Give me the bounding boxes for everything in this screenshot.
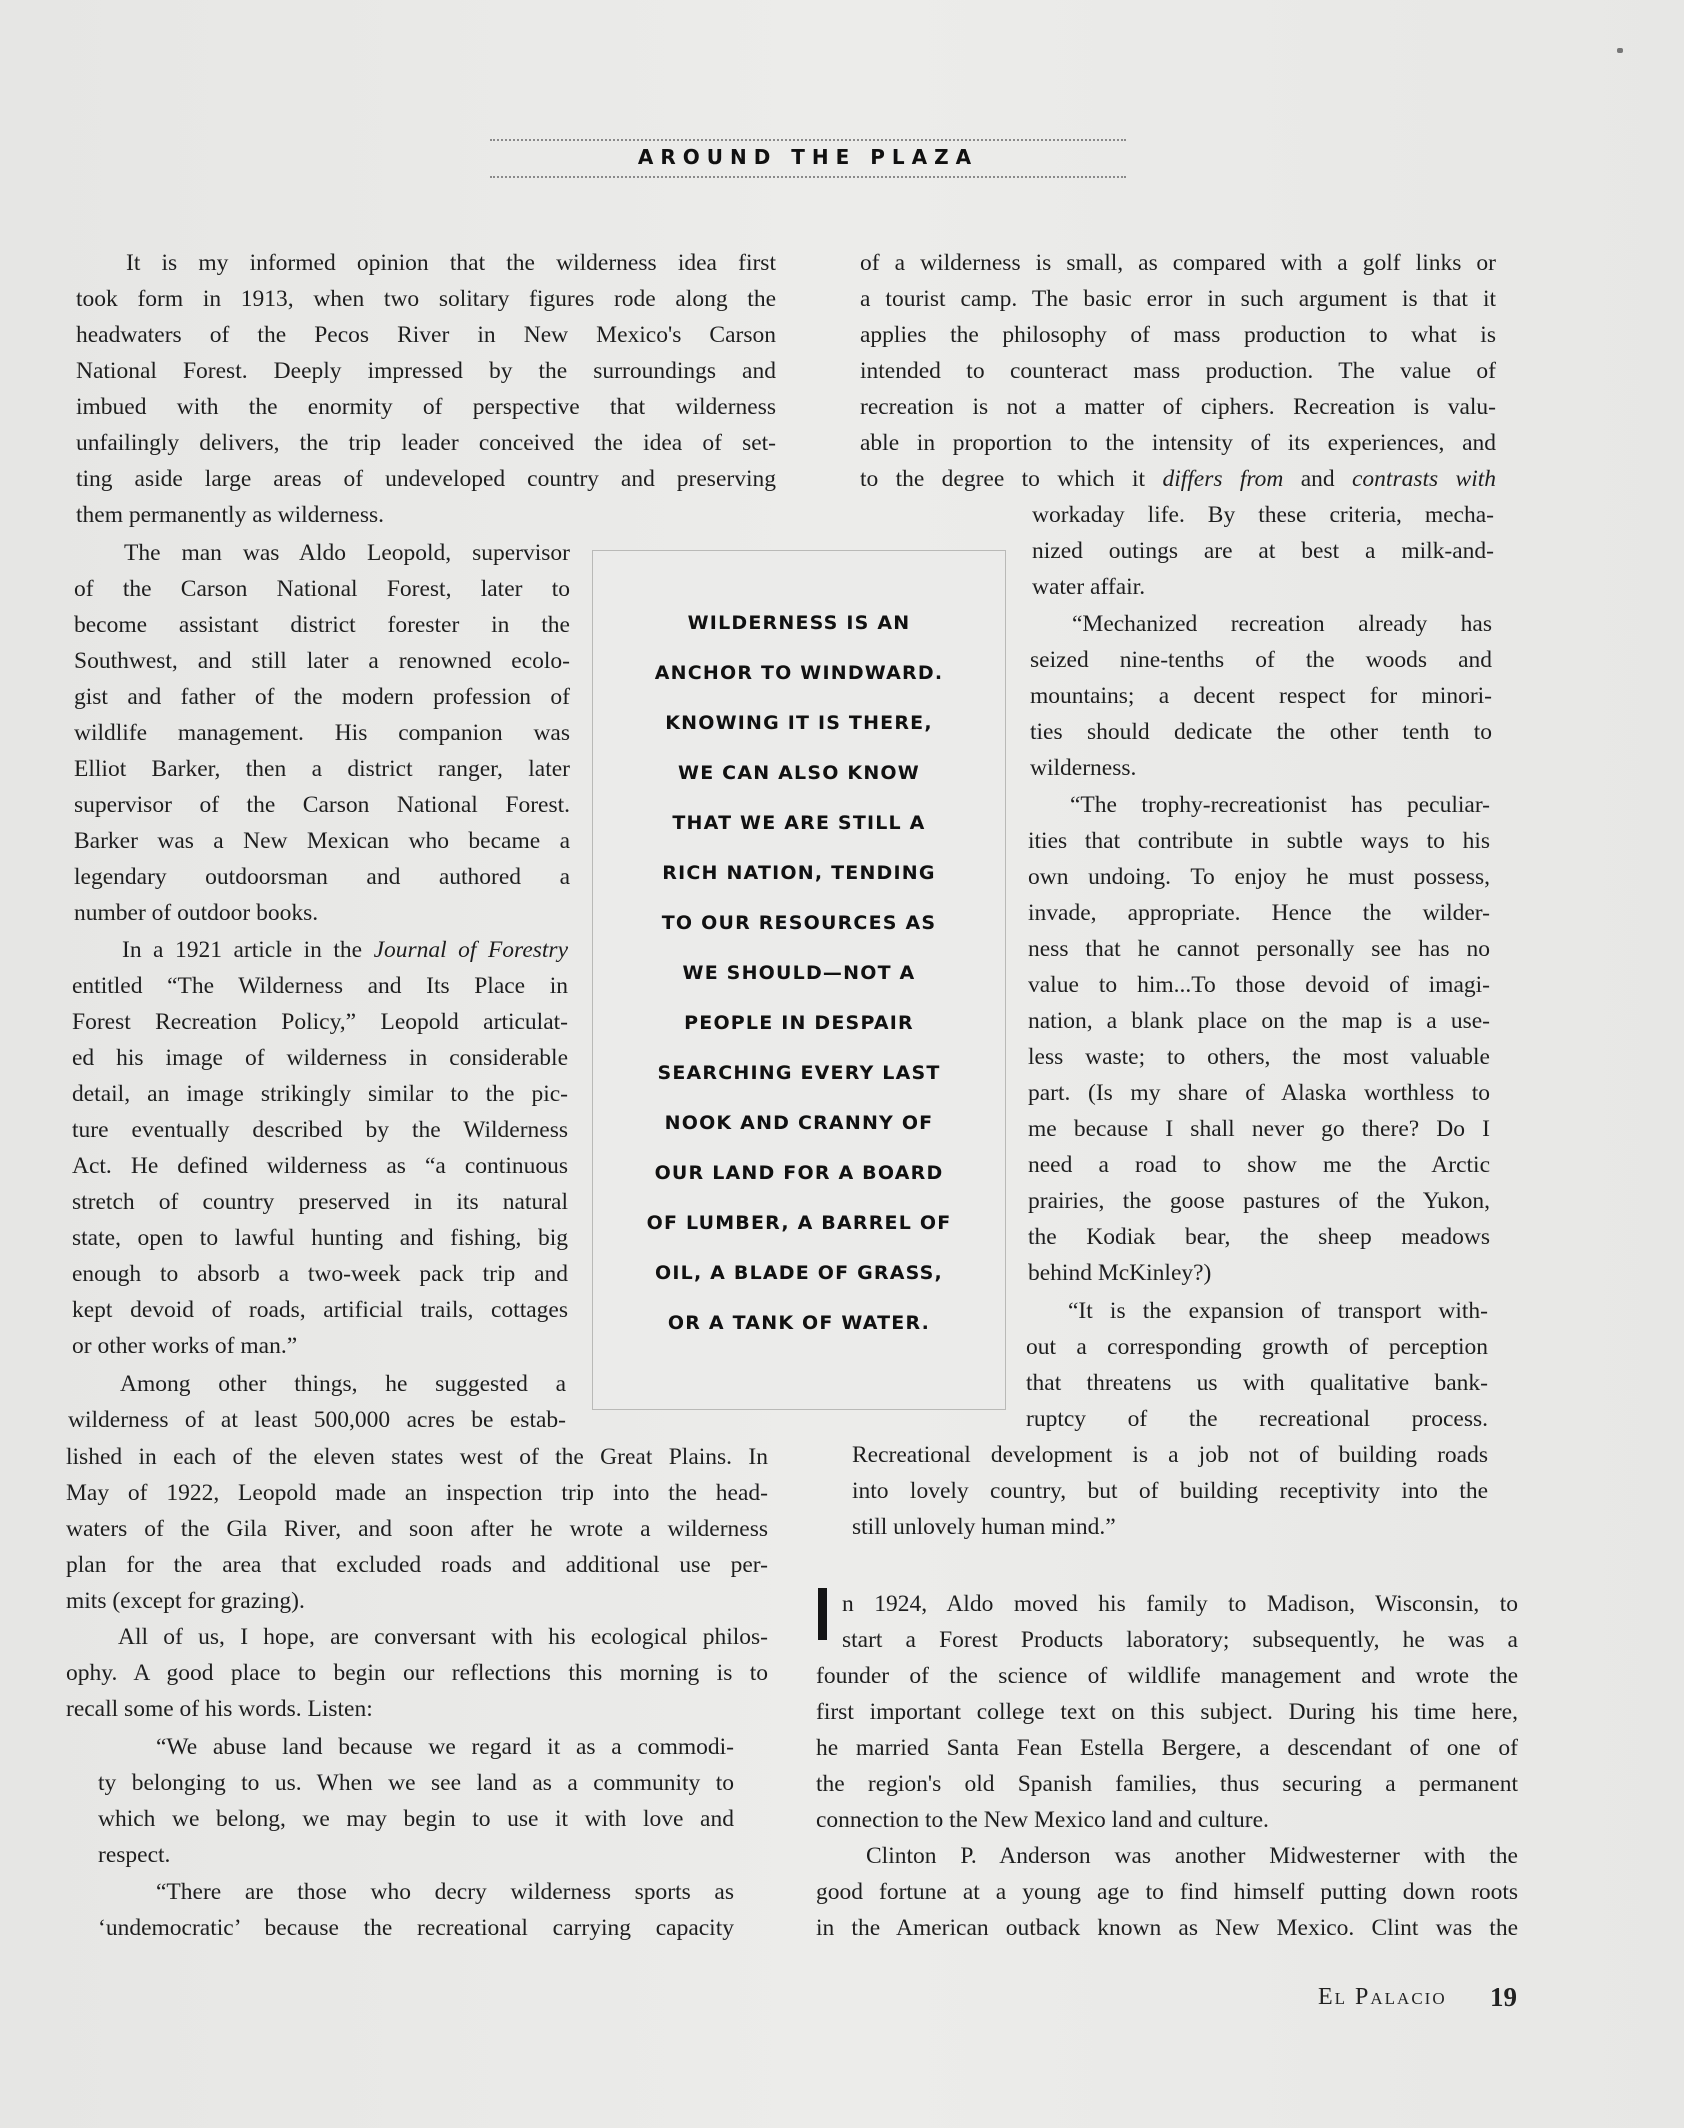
text-line: of a wilderness is small, as compared wi… — [860, 248, 1496, 278]
pull-quote-line: OIL, A BLADE OF GRASS, — [592, 1262, 1006, 1284]
text-line: headwaters of the Pecos River in New Mex… — [76, 320, 776, 350]
text-line: “Mechanized recreation already has — [1072, 609, 1492, 639]
text-run: and — [1283, 466, 1352, 492]
text-line: able in proportion to the intensity of i… — [860, 428, 1496, 458]
text-line: of the Carson National Forest, later to — [74, 574, 570, 604]
paper-speck — [1617, 48, 1623, 53]
text-line: the Kodiak bear, the sheep meadows — [1028, 1222, 1490, 1252]
text-line: respect. — [98, 1840, 170, 1870]
text-line: invade, appropriate. Hence the wilder- — [1028, 898, 1490, 928]
text-line: ture eventually described by the Wildern… — [72, 1115, 568, 1145]
pull-quote-line: KNOWING IT IS THERE, — [592, 712, 1006, 734]
text-line: number of outdoor books. — [74, 898, 318, 928]
text-line: ophy. A good place to begin our reflecti… — [66, 1658, 768, 1688]
text-line: them permanently as wilderness. — [76, 500, 384, 530]
text-line: ruptcy of the recreational process. — [1026, 1404, 1488, 1434]
text-line: entitled “The Wilderness and Its Place i… — [72, 971, 568, 1001]
pull-quote-line: NOOK AND CRANNY OF — [592, 1112, 1006, 1134]
text-line: need a road to show me the Arctic — [1028, 1150, 1490, 1180]
text-line: Barker was a New Mexican who became a — [74, 826, 570, 856]
pull-quote-line: THAT WE ARE STILL A — [592, 812, 1006, 834]
text-line: out a corresponding growth of perception — [1026, 1332, 1488, 1362]
text-line: Southwest, and still later a renowned ec… — [74, 646, 570, 676]
text-line: Recreational development is a job not of… — [852, 1440, 1488, 1470]
text-line: state, open to lawful hunting and fishin… — [72, 1223, 568, 1253]
pull-quote-line: PEOPLE IN DESPAIR — [592, 1012, 1006, 1034]
publication-name: El Palacio — [1318, 1984, 1447, 2011]
section-title: AROUND THE PLAZA — [490, 145, 1126, 169]
text-line: waters of the Gila River, and soon after… — [66, 1514, 768, 1544]
text-line: in the American outback known as New Mex… — [816, 1913, 1518, 1943]
text-line: supervisor of the Carson National Forest… — [74, 790, 570, 820]
text-line: applies the philosophy of mass productio… — [860, 320, 1496, 350]
drop-cap-letter-i — [818, 1588, 827, 1640]
pull-quote-line: WILDERNESS IS AN — [592, 612, 1006, 634]
text-line: Elliot Barker, then a district ranger, l… — [74, 754, 570, 784]
text-line: me because I shall never go there? Do I — [1028, 1114, 1490, 1144]
text-line: first important college text on this sub… — [816, 1697, 1518, 1727]
text-line: good fortune at a young age to find hims… — [816, 1877, 1518, 1907]
text-line: Clinton P. Anderson was another Midweste… — [866, 1841, 1518, 1871]
emphasis-text: contrasts with — [1352, 466, 1496, 492]
text-line: All of us, I hope, are conversant with h… — [118, 1622, 768, 1652]
text-line: start a Forest Products laboratory; subs… — [842, 1625, 1518, 1655]
pull-quote-line: OF LUMBER, A BARREL OF — [592, 1212, 1006, 1234]
text-line: still unlovely human mind.” — [852, 1512, 1116, 1542]
text-line: enough to absorb a two-week pack trip an… — [72, 1259, 568, 1289]
text-line: Forest Recreation Policy,” Leopold artic… — [72, 1007, 568, 1037]
text-line: unfailingly delivers, the trip leader co… — [76, 428, 776, 458]
emphasis-text: differs from — [1162, 466, 1283, 492]
text-line: kept devoid of roads, artificial trails,… — [72, 1295, 568, 1325]
text-line: founder of the science of wildlife manag… — [816, 1661, 1518, 1691]
text-line: gist and father of the modern profession… — [74, 682, 570, 712]
header-rule-bottom — [490, 176, 1126, 178]
text-line: “The trophy-recreationist has peculiar- — [1070, 790, 1490, 820]
pull-quote-line: ANCHOR TO WINDWARD. — [592, 662, 1006, 684]
text-line: ties should dedicate the other tenth to — [1030, 717, 1492, 747]
text-line: legendary outdoorsman and authored a — [74, 862, 570, 892]
text-line: Among other things, he suggested a — [120, 1369, 566, 1399]
text-line: value to him...To those devoid of imagi- — [1028, 970, 1490, 1000]
pull-quote-line: WE CAN ALSO KNOW — [592, 762, 1006, 784]
text-line: wilderness. — [1030, 753, 1136, 783]
text-line: “We abuse land because we regard it as a… — [156, 1732, 734, 1762]
pull-quote-line: RICH NATION, TENDING — [592, 862, 1006, 884]
text-line: lished in each of the eleven states west… — [66, 1442, 768, 1472]
text-line: mits (except for grazing). — [66, 1586, 305, 1616]
page-number: 19 — [1490, 1982, 1517, 2013]
text-line: into lovely country, but of building rec… — [852, 1476, 1488, 1506]
text-line: The man was Aldo Leopold, supervisor — [124, 538, 570, 568]
text-run: In a 1921 article in the — [122, 937, 374, 963]
text-line: ‘undemocratic’ because the recreational … — [98, 1913, 734, 1943]
text-line: ed his image of wilderness in considerab… — [72, 1043, 568, 1073]
text-line: part. (Is my share of Alaska worthless t… — [1028, 1078, 1490, 1108]
text-line: intended to counteract mass production. … — [860, 356, 1496, 386]
text-line: ities that contribute in subtle ways to … — [1028, 826, 1490, 856]
text-line: took form in 1913, when two solitary fig… — [76, 284, 776, 314]
text-line: recreation is not a matter of ciphers. R… — [860, 392, 1496, 422]
text-line: “It is the expansion of transport with- — [1068, 1296, 1488, 1326]
text-line: he married Santa Fean Estella Bergere, a… — [816, 1733, 1518, 1763]
text-line: less waste; to others, the most valuable — [1028, 1042, 1490, 1072]
text-line: prairies, the goose pastures of the Yuko… — [1028, 1186, 1490, 1216]
text-line: seized nine-tenths of the woods and — [1030, 645, 1492, 675]
text-run: to the degree to which it — [860, 466, 1162, 492]
text-line: wilderness of at least 500,000 acres be … — [68, 1405, 566, 1435]
text-line: ty belonging to us. When we see land as … — [98, 1768, 734, 1798]
text-line: become assistant district forester in th… — [74, 610, 570, 640]
journal-title: Journal of Forestry — [374, 937, 568, 963]
text-line: n 1924, Aldo moved his family to Madison… — [842, 1589, 1518, 1619]
text-line: imbued with the enormity of perspective … — [76, 392, 776, 422]
header-rule-top — [490, 139, 1126, 141]
pull-quote-line: WE SHOULD—NOT A — [592, 962, 1006, 984]
pull-quote-line: TO OUR RESOURCES AS — [592, 912, 1006, 934]
text-line: May of 1922, Leopold made an inspection … — [66, 1478, 768, 1508]
text-line: nation, a blank place on the map is a us… — [1028, 1006, 1490, 1036]
text-line: National Forest. Deeply impressed by the… — [76, 356, 776, 386]
text-line: workaday life. By these criteria, mecha- — [1032, 500, 1494, 530]
text-line: stretch of country preserved in its natu… — [72, 1187, 568, 1217]
text-line: connection to the New Mexico land and cu… — [816, 1805, 1269, 1835]
text-line: behind McKinley?) — [1028, 1258, 1211, 1288]
text-line: water affair. — [1032, 572, 1145, 602]
text-line: a tourist camp. The basic error in such … — [860, 284, 1496, 314]
text-line: ness that he cannot personally see has n… — [1028, 934, 1490, 964]
text-line: to the degree to which it differs from a… — [860, 464, 1496, 494]
text-line: mountains; a decent respect for minori- — [1030, 681, 1492, 711]
text-line: detail, an image strikingly similar to t… — [72, 1079, 568, 1109]
pull-quote-line: SEARCHING EVERY LAST — [592, 1062, 1006, 1084]
text-line: that threatens us with qualitative bank- — [1026, 1368, 1488, 1398]
text-line: It is my informed opinion that the wilde… — [126, 248, 776, 278]
text-line: nized outings are at best a milk-and- — [1032, 536, 1494, 566]
text-line: plan for the area that excluded roads an… — [66, 1550, 768, 1580]
pull-quote-line: OUR LAND FOR A BOARD — [592, 1162, 1006, 1184]
text-line: Act. He defined wilderness as “a continu… — [72, 1151, 568, 1181]
text-line: wildlife management. His companion was — [74, 718, 570, 748]
text-line: own undoing. To enjoy he must possess, — [1028, 862, 1490, 892]
text-line: which we belong, we may begin to use it … — [98, 1804, 734, 1834]
pull-quote-line: OR A TANK OF WATER. — [592, 1312, 1006, 1334]
text-line: the region's old Spanish families, thus … — [816, 1769, 1518, 1799]
text-line: “There are those who decry wilderness sp… — [156, 1877, 734, 1907]
text-line: ting aside large areas of undeveloped co… — [76, 464, 776, 494]
text-line: or other works of man.” — [72, 1331, 297, 1361]
text-line: recall some of his words. Listen: — [66, 1694, 373, 1724]
text-line: In a 1921 article in the Journal of Fore… — [122, 935, 568, 965]
